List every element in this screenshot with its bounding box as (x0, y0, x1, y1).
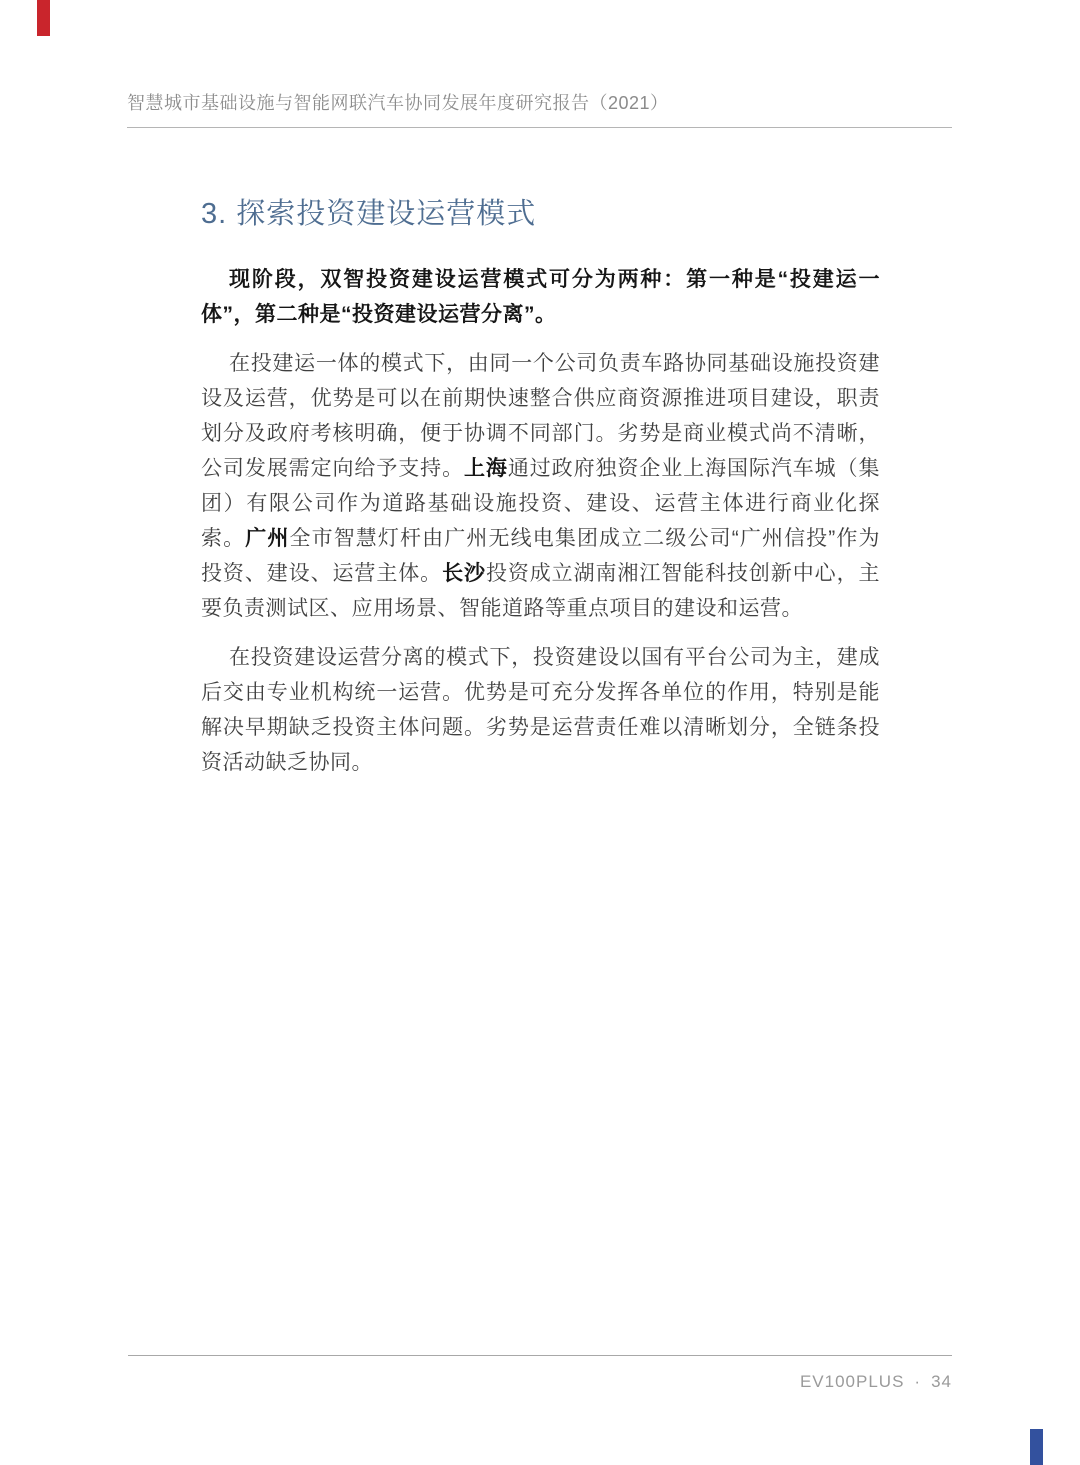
section-title: 3. 探索投资建设运营模式 (201, 196, 880, 232)
paragraph-text: 在投资建设运营分离的模式下，投资建设以国有平台公司为主，建成后交由专业机构统一运… (201, 646, 880, 774)
emphasis-text: 长沙 (442, 562, 486, 585)
emphasis-text: 现阶段，双智投资建设运营模式可分为两种：第一种是“投建运一体”，第二种是“投资建… (201, 268, 880, 326)
header-divider (127, 127, 952, 128)
body-paragraphs: 现阶段，双智投资建设运营模式可分为两种：第一种是“投建运一体”，第二种是“投资建… (201, 262, 880, 780)
content-column: 3. 探索投资建设运营模式 现阶段，双智投资建设运营模式可分为两种：第一种是“投… (201, 196, 880, 794)
footer-page-number: 34 (931, 1372, 952, 1392)
body-paragraph: 在投建运一体的模式下，由同一个公司负责车路协同基础设施投资建设及运营，优势是可以… (201, 346, 880, 626)
emphasis-text: 广州 (245, 527, 289, 550)
emphasis-text: 上海 (464, 457, 508, 480)
body-paragraph: 在投资建设运营分离的模式下，投资建设以国有平台公司为主，建成后交由专业机构统一运… (201, 640, 880, 780)
bottom-right-accent-bar (1030, 1429, 1043, 1465)
footer: EV100PLUS · 34 (128, 1372, 952, 1392)
lead-paragraph: 现阶段，双智投资建设运营模式可分为两种：第一种是“投建运一体”，第二种是“投资建… (201, 262, 880, 332)
footer-separator: · (914, 1372, 921, 1392)
report-page: 智慧城市基础设施与智能网联汽车协同发展年度研究报告（2021） 3. 探索投资建… (0, 0, 1080, 1465)
header-report-title: 智慧城市基础设施与智能网联汽车协同发展年度研究报告（2021） (127, 92, 957, 114)
top-left-accent-bar (37, 0, 50, 36)
footer-divider (128, 1355, 952, 1356)
footer-brand: EV100PLUS (800, 1372, 904, 1392)
